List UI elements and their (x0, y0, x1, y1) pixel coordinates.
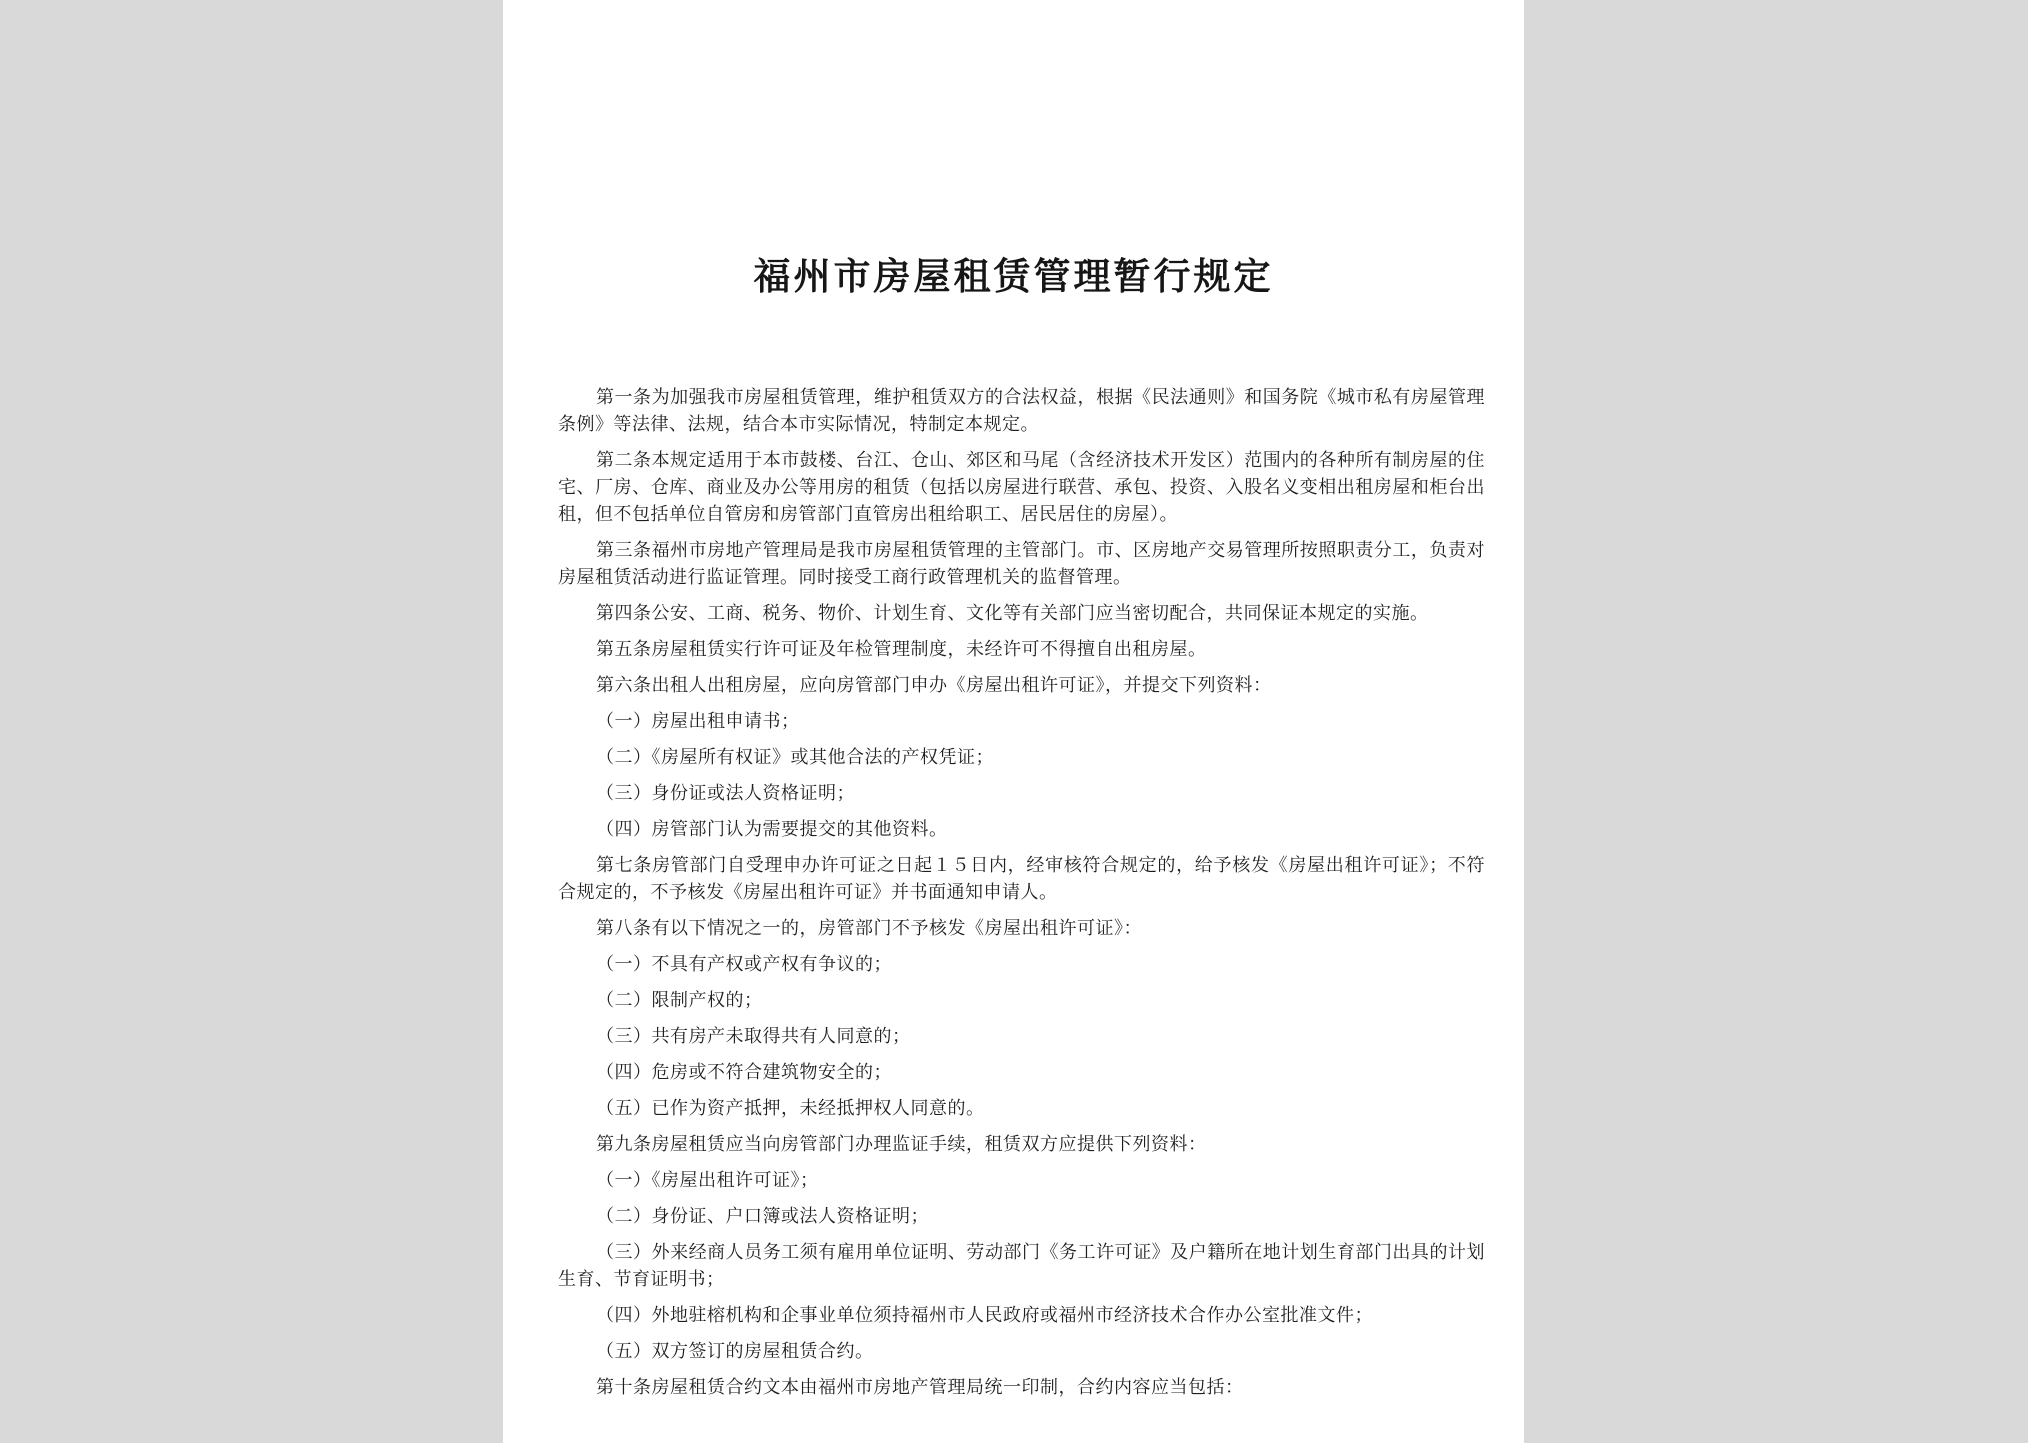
document-paragraph: 第三条福州市房地产管理局是我市房屋租赁管理的主管部门。市、区房地产交易管理所按照… (558, 537, 1485, 591)
document-paragraph: 第六条出租人出租房屋，应向房管部门申办《房屋出租许可证》，并提交下列资料： (558, 672, 1485, 699)
document-title: 福州市房屋租赁管理暂行规定 (503, 256, 1524, 300)
document-canvas: 福州市房屋租赁管理暂行规定 第一条为加强我市房屋租赁管理，维护租赁双方的合法权益… (0, 0, 2028, 1443)
document-paragraph: 第二条本规定适用于本市鼓楼、台江、仓山、郊区和马尾（含经济技术开发区）范围内的各… (558, 447, 1485, 528)
document-list-item: （三）共有房产未取得共有人同意的； (558, 1023, 1485, 1050)
document-list-item: （三）身份证或法人资格证明； (558, 780, 1485, 807)
document-list-item: （一）不具有产权或产权有争议的； (558, 951, 1485, 978)
document-list-item: （三）外来经商人员务工须有雇用单位证明、劳动部门《务工许可证》及户籍所在地计划生… (558, 1239, 1485, 1293)
document-paragraph: 第四条公安、工商、税务、物价、计划生育、文化等有关部门应当密切配合，共同保证本规… (558, 600, 1485, 627)
document-paragraph: 第七条房管部门自受理申办许可证之日起１５日内，经审核符合规定的，给予核发《房屋出… (558, 852, 1485, 906)
document-list-item: （二）限制产权的； (558, 987, 1485, 1014)
document-list-item: （二）《房屋所有权证》或其他合法的产权凭证； (558, 744, 1485, 771)
document-list-item: （四）危房或不符合建筑物安全的； (558, 1059, 1485, 1086)
document-list-item: （四）房管部门认为需要提交的其他资料。 (558, 816, 1485, 843)
document-body: 第一条为加强我市房屋租赁管理，维护租赁双方的合法权益，根据《民法通则》和国务院《… (503, 384, 1524, 1401)
document-paragraph: 第九条房屋租赁应当向房管部门办理监证手续，租赁双方应提供下列资料： (558, 1131, 1485, 1158)
document-list-item: （二）身份证、户口簿或法人资格证明； (558, 1203, 1485, 1230)
document-list-item: （一）房屋出租申请书； (558, 708, 1485, 735)
document-paragraph: 第八条有以下情况之一的，房管部门不予核发《房屋出租许可证》： (558, 915, 1485, 942)
document-page: 福州市房屋租赁管理暂行规定 第一条为加强我市房屋租赁管理，维护租赁双方的合法权益… (503, 0, 1524, 1443)
document-list-item: （五）已作为资产抵押，未经抵押权人同意的。 (558, 1095, 1485, 1122)
document-paragraph: 第一条为加强我市房屋租赁管理，维护租赁双方的合法权益，根据《民法通则》和国务院《… (558, 384, 1485, 438)
document-paragraph: 第十条房屋租赁合约文本由福州市房地产管理局统一印制，合约内容应当包括： (558, 1374, 1485, 1401)
document-list-item: （五）双方签订的房屋租赁合约。 (558, 1338, 1485, 1365)
document-paragraph: 第五条房屋租赁实行许可证及年检管理制度，未经许可不得擅自出租房屋。 (558, 636, 1485, 663)
document-list-item: （一）《房屋出租许可证》； (558, 1167, 1485, 1194)
document-list-item: （四）外地驻榕机构和企事业单位须持福州市人民政府或福州市经济技术合作办公室批准文… (558, 1302, 1485, 1329)
